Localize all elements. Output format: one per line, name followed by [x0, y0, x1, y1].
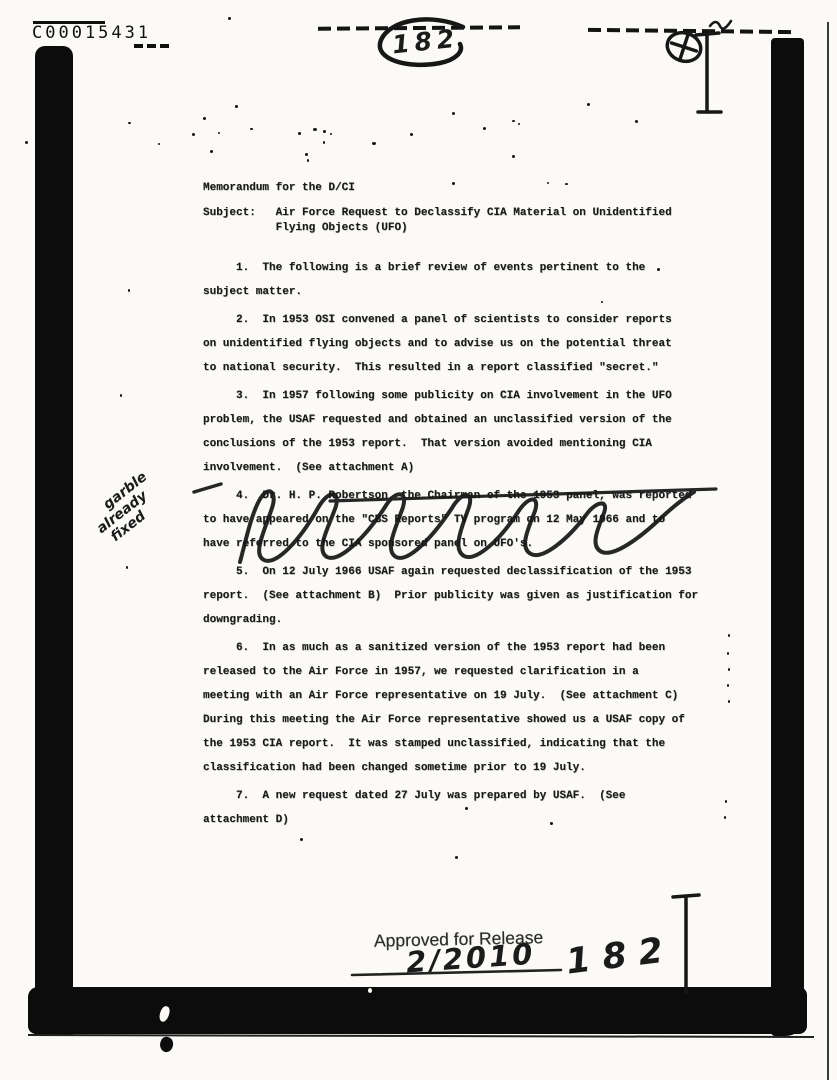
memo-paragraph-1: 1. The following is a brief review of ev… [203, 256, 731, 304]
scan-border-right [771, 38, 804, 1036]
memo-addressee-line: Memorandum for the D/CI [203, 182, 355, 194]
scan-flaw [158, 1035, 175, 1053]
doc-number-underline [134, 44, 172, 48]
memo-paragraph-3: 3. In 1957 following some publicity on C… [203, 384, 731, 480]
doc-number-overbar [33, 21, 105, 24]
scan-border-left [35, 46, 73, 1036]
scan-edge-line-right [827, 22, 829, 1080]
scan-edge-dashes-top-right [588, 28, 794, 34]
scan-flaw [368, 988, 372, 993]
memo-paragraph-4: 4. Dr. H. P. Robertson, the Chairman of … [203, 484, 731, 556]
scanned-memo-page: C00015431 Memorandum for the D/CI Subjec… [0, 0, 837, 1080]
circled-cross-stamp-icon [664, 28, 705, 65]
pen-squiggle-icon [710, 21, 731, 29]
top-page-number-annotation: 182 [391, 24, 461, 60]
memo-paragraph-2: 2. In 1953 OSI convened a panel of scien… [203, 308, 731, 380]
bottom-page-number-annotation: 182 [564, 930, 677, 983]
memo-paragraph-6: 6. In as much as a sanitized version of … [203, 636, 731, 780]
memo-subject-block: Subject: Air Force Request to Declassify… [203, 206, 672, 236]
document-number: C00015431 [32, 23, 151, 43]
memo-body: 1. The following is a brief review of ev… [203, 256, 731, 836]
margin-bracket-top-icon [696, 33, 721, 112]
memo-paragraph-5: 5. On 12 July 1966 USAF again requested … [203, 560, 731, 632]
margin-bracket-bottom-icon [673, 895, 699, 992]
scan-edge-line-bottom [28, 1034, 814, 1038]
margin-handwritten-note: garble already fixed [82, 470, 169, 551]
scan-border-bottom [28, 987, 807, 1034]
